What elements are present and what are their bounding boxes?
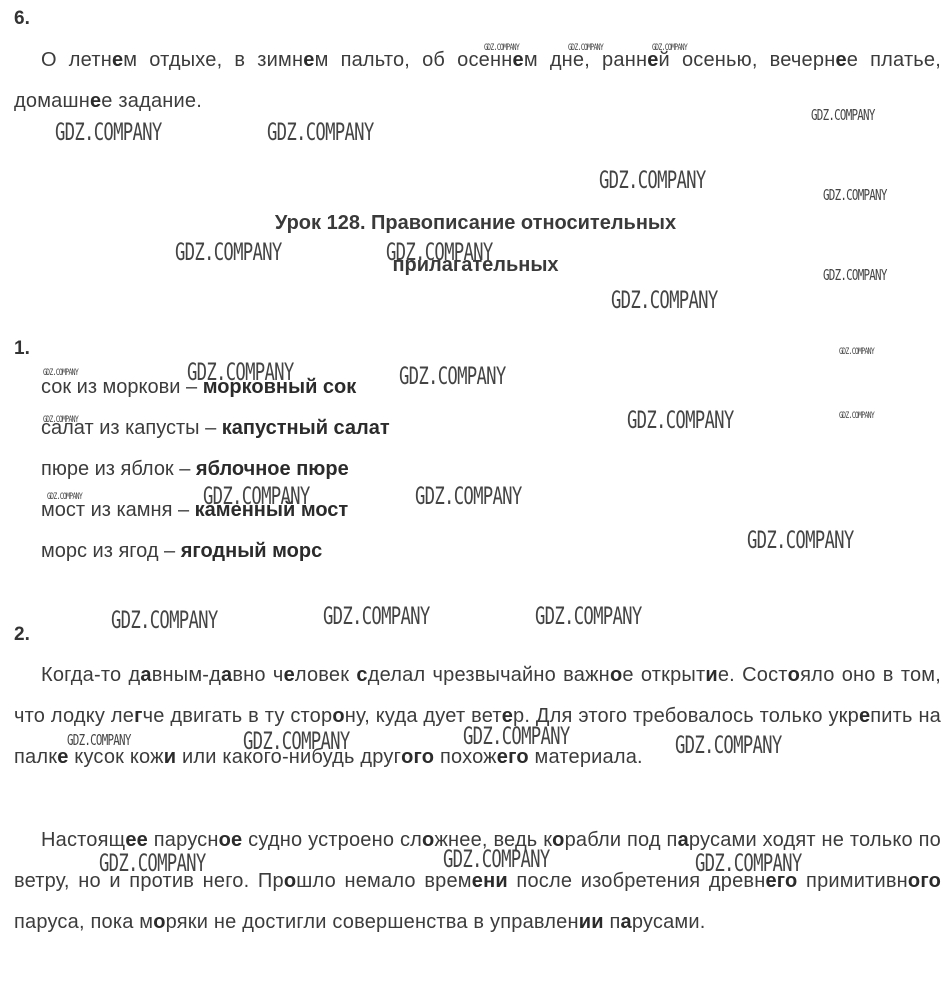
text-segment: примитивн <box>797 870 907 892</box>
emphasized-letter: ого <box>401 746 434 768</box>
watermark: GDZ.COMPANY <box>67 731 131 749</box>
emphasized-letter: ии <box>579 911 604 933</box>
watermark: GDZ.COMPANY <box>839 411 874 421</box>
watermark: GDZ.COMPANY <box>463 722 570 750</box>
source-phrase: морс из ягод – <box>41 540 181 562</box>
text-segment: е открыт <box>622 664 705 686</box>
watermark: GDZ.COMPANY <box>484 43 519 53</box>
watermark: GDZ.COMPANY <box>839 347 874 357</box>
watermark: GDZ.COMPANY <box>627 406 734 434</box>
emphasized-letter: с <box>356 664 367 686</box>
text-segment: м отдыхе, в зимн <box>123 49 303 71</box>
emphasized-letter: и <box>164 746 177 768</box>
emphasized-letter: е <box>284 664 295 686</box>
emphasized-letter: о <box>153 911 165 933</box>
text-segment: Когда-то д <box>41 664 140 686</box>
watermark: GDZ.COMPANY <box>652 43 687 53</box>
text-segment: ловек <box>295 664 357 686</box>
emphasized-letter: а <box>221 664 232 686</box>
emphasized-letter: ее <box>125 829 148 851</box>
text-segment: Насто <box>41 829 98 851</box>
text-segment: е. Сост <box>718 664 788 686</box>
answer-phrase: ягодный морс <box>181 540 322 562</box>
text-segment: шло немало врем <box>296 870 471 892</box>
source-phrase: мост из камня – <box>41 499 195 521</box>
text-segment: че двигать в ту стор <box>143 705 333 727</box>
source-phrase: сок из моркови – <box>41 376 203 398</box>
watermark: GDZ.COMPANY <box>568 43 603 53</box>
watermark: GDZ.COMPANY <box>599 166 706 194</box>
emphasized-letter: и <box>705 664 718 686</box>
watermark: GDZ.COMPANY <box>747 526 854 554</box>
watermark: GDZ.COMPANY <box>99 849 206 877</box>
text-segment: е задание. <box>101 90 202 112</box>
answer-phrase: яблочное пюре <box>196 458 349 480</box>
section-6-paragraph: О летнем отдыхе, в зимнем пальто, об осе… <box>14 40 941 122</box>
exercise-1-number: 1. <box>14 338 30 360</box>
exercise-2-number: 2. <box>14 624 30 646</box>
text-segment: вно ч <box>232 664 283 686</box>
section-6-number: 6. <box>14 8 30 30</box>
emphasized-letter: г <box>134 705 143 727</box>
watermark: GDZ.COMPANY <box>323 602 430 630</box>
emphasized-letter: ени <box>472 870 508 892</box>
emphasized-letter: е <box>90 90 101 112</box>
text-segment: кусок кож <box>69 746 164 768</box>
watermark: GDZ.COMPANY <box>386 238 493 266</box>
watermark: GDZ.COMPANY <box>695 849 802 877</box>
text-segment: парусн <box>148 829 219 851</box>
text-segment: п <box>604 911 621 933</box>
emphasized-letter: о <box>332 705 344 727</box>
text-segment: судно устроено сл <box>242 829 422 851</box>
emphasized-letter: е <box>112 49 123 71</box>
emphasized-letter: ого <box>908 870 941 892</box>
watermark: GDZ.COMPANY <box>535 602 642 630</box>
exercise-2-paragraph-2: Настоящее парусное судно устроено сложне… <box>14 820 941 943</box>
emphasized-letter: о <box>610 664 622 686</box>
watermark: GDZ.COMPANY <box>267 118 374 146</box>
watermark: GDZ.COMPANY <box>175 238 282 266</box>
exercise-1-item: морс из ягод – ягодный морс <box>41 540 322 563</box>
watermark: GDZ.COMPANY <box>187 358 294 386</box>
emphasized-letter: а <box>140 664 151 686</box>
exercise-2-paragraph-1: Когда-то давным-давно человек сделал чре… <box>14 655 941 778</box>
emphasized-letter: а <box>678 829 689 851</box>
watermark: GDZ.COMPANY <box>111 606 218 634</box>
exercise-1-item: салат из капусты – капустный салат <box>41 417 390 440</box>
emphasized-letter: о <box>552 829 564 851</box>
text-segment: О летн <box>41 49 112 71</box>
text-segment: ящ <box>98 829 126 851</box>
text-segment: ряки не достигли совершенства в управлен <box>166 911 579 933</box>
emphasized-letter: о <box>284 870 296 892</box>
text-segment: делал чрезвычайно важн <box>368 664 610 686</box>
emphasized-letter: а <box>621 911 632 933</box>
watermark: GDZ.COMPANY <box>203 482 310 510</box>
emphasized-letter: о <box>788 664 800 686</box>
watermark: GDZ.COMPANY <box>811 106 875 124</box>
text-segment: русами. <box>632 911 706 933</box>
watermark: GDZ.COMPANY <box>823 186 887 204</box>
watermark: GDZ.COMPANY <box>43 368 78 378</box>
emphasized-letter: е <box>303 49 314 71</box>
watermark: GDZ.COMPANY <box>415 482 522 510</box>
watermark: GDZ.COMPANY <box>675 731 782 759</box>
text-segment: м пальто, об осенн <box>315 49 513 71</box>
text-segment: вным-д <box>152 664 221 686</box>
watermark: GDZ.COMPANY <box>443 845 550 873</box>
watermark: GDZ.COMPANY <box>611 286 718 314</box>
watermark: GDZ.COMPANY <box>47 492 82 502</box>
emphasized-letter: ое <box>219 829 243 851</box>
watermark: GDZ.COMPANY <box>243 727 350 755</box>
emphasized-letter: е <box>835 49 846 71</box>
text-segment: паруса, пока м <box>14 911 153 933</box>
watermark: GDZ.COMPANY <box>399 362 506 390</box>
emphasized-letter: о <box>422 829 434 851</box>
exercise-1-item: пюре из яблок – яблочное пюре <box>41 458 349 481</box>
watermark: GDZ.COMPANY <box>55 118 162 146</box>
emphasized-letter: е <box>57 746 68 768</box>
answer-phrase: капустный салат <box>222 417 390 439</box>
source-phrase: пюре из яблок – <box>41 458 196 480</box>
watermark: GDZ.COMPANY <box>823 266 887 284</box>
watermark: GDZ.COMPANY <box>43 415 78 425</box>
text-segment: рабли под п <box>565 829 678 851</box>
emphasized-letter: е <box>859 705 870 727</box>
